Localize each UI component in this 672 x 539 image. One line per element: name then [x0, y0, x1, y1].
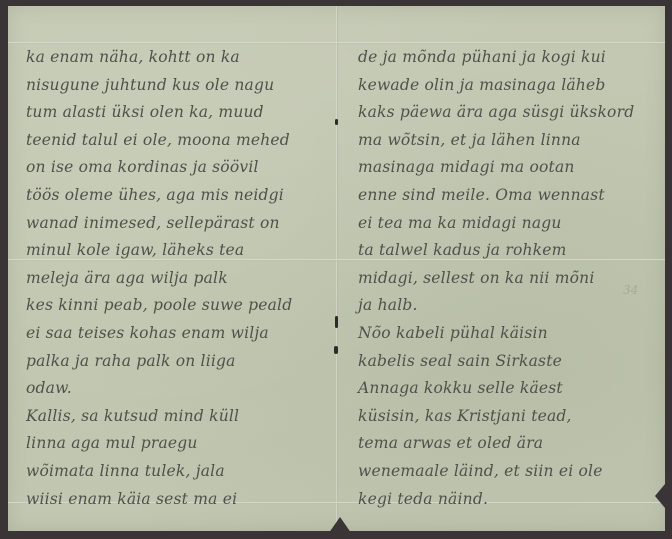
text-line: wiisi enam käia sest ma ei	[26, 486, 326, 514]
text-line: teenid talul ei ole, moona mehed	[26, 127, 326, 155]
text-line: Annaga kokku selle käest	[358, 375, 658, 403]
fold-tear-mark	[335, 119, 338, 125]
fold-tear-mark	[335, 316, 338, 328]
left-page-text: ka enam näha, kohtt on ka nisugune juhtu…	[26, 44, 326, 513]
text-line: minul kole igaw, läheks tea	[26, 237, 326, 265]
text-line: küsisin, kas Kristjani tead,	[358, 403, 658, 431]
text-line: wõimata linna tulek, jala	[26, 458, 326, 486]
text-line: kaks päewa ära aga süsgi ükskord	[358, 99, 658, 127]
text-line: töös oleme ühes, aga mis neidgi	[26, 182, 326, 210]
text-line: masinaga midagi ma ootan	[358, 154, 658, 182]
text-line: odaw.	[26, 375, 326, 403]
text-line: enne sind meile. Oma wennast	[358, 182, 658, 210]
text-line: kes kinni peab, poole suwe peald	[26, 292, 326, 320]
text-line: ka enam näha, kohtt on ka	[26, 44, 326, 72]
text-line: wenemaale läind, et siin ei ole	[358, 458, 658, 486]
text-line: ma wõtsin, et ja lähen linna	[358, 127, 658, 155]
text-line: kabelis seal sain Sirkaste	[358, 348, 658, 376]
text-line: Nõo kabeli pühal käisin	[358, 320, 658, 348]
text-line: nisugune juhtund kus ole nagu	[26, 72, 326, 100]
text-line: palka ja raha palk on liiga	[26, 348, 326, 376]
text-line: ei saa teises kohas enam wilja	[26, 320, 326, 348]
text-line: ja halb.	[358, 292, 658, 320]
text-line: kegi teda näind.	[358, 486, 658, 514]
text-line: midagi, sellest on ka nii mõni	[358, 265, 658, 293]
text-line: tum alasti üksi olen ka, muud	[26, 99, 326, 127]
bottom-tear-notch	[326, 517, 354, 537]
text-line: ei tea ma ka midagi nagu	[358, 210, 658, 238]
text-line: meleja ära aga wilja palk	[26, 265, 326, 293]
vertical-fold-crease	[336, 6, 338, 531]
text-line: wanad inimesed, sellepärast on	[26, 210, 326, 238]
text-line: de ja mõnda pühani ja kogi kui	[358, 44, 658, 72]
text-line: linna aga mul praegu	[26, 430, 326, 458]
text-line: on ise oma kordinas ja söövil	[26, 154, 326, 182]
right-page-text: de ja mõnda pühani ja kogi kui kewade ol…	[358, 44, 658, 513]
text-line: tema arwas et oled ära	[358, 430, 658, 458]
fold-tear-mark	[334, 346, 338, 354]
text-line: kewade olin ja masinaga läheb	[358, 72, 658, 100]
text-line: Kallis, sa kutsud mind küll	[26, 403, 326, 431]
text-line: ta talwel kadus ja rohkem	[358, 237, 658, 265]
